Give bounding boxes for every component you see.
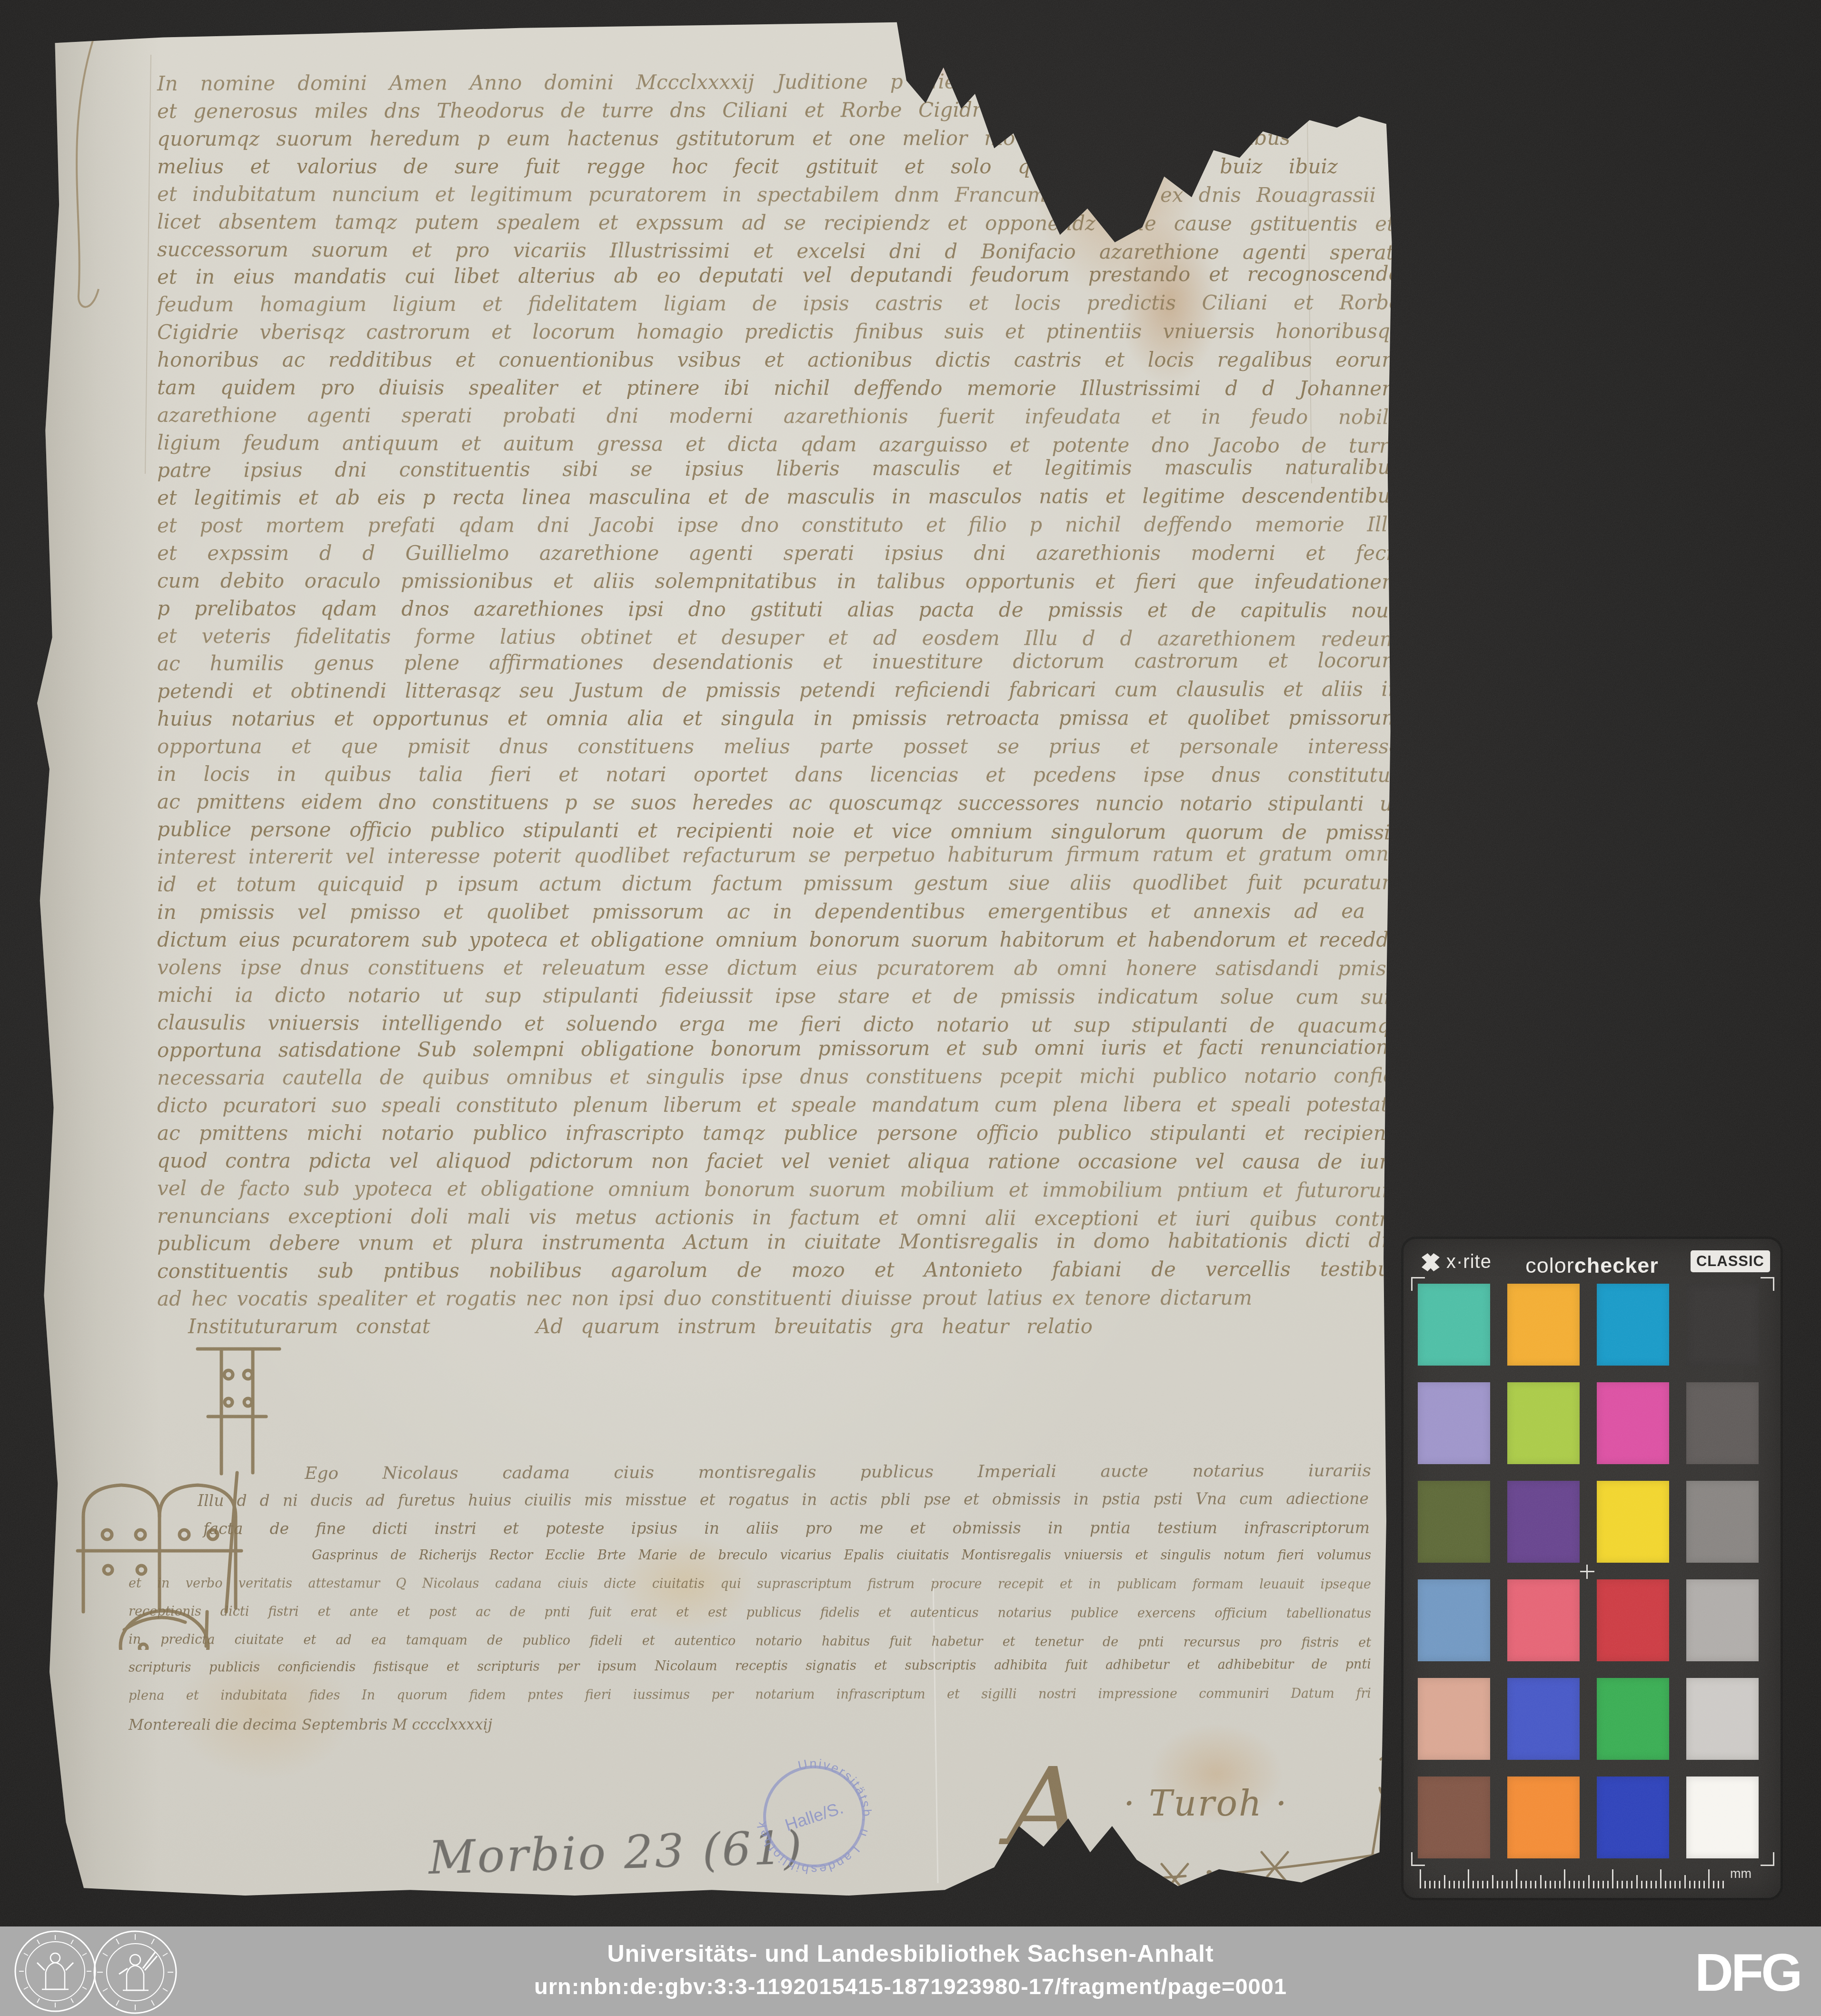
ruler-tick	[1588, 1875, 1590, 1888]
ruler-tick	[1689, 1881, 1691, 1888]
ruler-tick	[1646, 1881, 1647, 1888]
ruler-unit-label: mm	[1730, 1866, 1751, 1881]
ruler-tick	[1516, 1869, 1517, 1888]
color-patch	[1507, 1579, 1580, 1661]
notarial-line: Ego Nicolaus cadama ciuis montisregalis …	[305, 1461, 1371, 1483]
manuscript-line: vel de facto sub ypoteca et obligatione …	[157, 1178, 1401, 1202]
ruler-tick	[1502, 1881, 1503, 1888]
ruler-tick	[1708, 1869, 1710, 1888]
notarial-line: facta de fine dicti instri et poteste ip…	[203, 1519, 1370, 1537]
ruler-tick	[1670, 1881, 1671, 1888]
ruler-tick	[1679, 1881, 1681, 1888]
manuscript-line: et legitimis et ab eis p recta linea mas…	[157, 485, 1401, 509]
ruler-tick	[1578, 1881, 1580, 1888]
ruler-tick	[1626, 1881, 1628, 1888]
ruler-tick	[1535, 1881, 1536, 1888]
ruler-tick	[1420, 1869, 1421, 1888]
manuscript-line: ac pmittens eidem dno constituens p se s…	[157, 791, 1401, 815]
manuscript-line: interest intererit vel interesse poterit…	[157, 843, 1401, 868]
crop-mark-icon	[1411, 1277, 1425, 1291]
color-patch	[1686, 1382, 1759, 1464]
crop-mark-icon	[1411, 1852, 1425, 1866]
dfg-logo: DFG	[1695, 1942, 1800, 2003]
notarial-line: Montereali die decima Septembris M ccccl…	[129, 1717, 628, 1733]
ruler-tick	[1559, 1881, 1561, 1888]
manuscript-line: quod contra pdicta vel aliquod pdictorum…	[157, 1150, 1401, 1173]
ruler-tick	[1718, 1881, 1719, 1888]
color-patch	[1507, 1678, 1580, 1760]
manuscript-line: ac pmittens michi notario publico infras…	[157, 1122, 1401, 1144]
manuscript-line: quorumqz suorum heredum p eum hactenus g…	[157, 127, 1290, 150]
manuscript-line: ac humilis genus plene affirmationes des…	[157, 649, 1401, 675]
color-patch	[1597, 1678, 1669, 1760]
ruler-tick	[1622, 1881, 1623, 1888]
colorchecker-card: x·rite colorchecker CLASSIC mm	[1403, 1239, 1781, 1898]
ruler-tick	[1612, 1869, 1613, 1888]
manuscript-line: Instituturarum constat Ad quarum instrum…	[188, 1316, 1093, 1337]
color-patch	[1418, 1382, 1490, 1464]
ruler-tick	[1593, 1881, 1594, 1888]
color-patch	[1686, 1776, 1759, 1858]
color-patch	[1597, 1284, 1669, 1366]
manuscript-line: In nomine domini Amen Anno domini Mccclx…	[157, 70, 1028, 95]
manuscript-line: opportuna et que pmisit dnus constituens…	[157, 736, 1401, 758]
manuscript-line: feudum homagium ligium et fidelitatem li…	[157, 291, 1401, 316]
manuscript-line: publice persone officio publico stipulan…	[157, 818, 1401, 844]
ruler-tick	[1713, 1881, 1714, 1888]
color-patch	[1507, 1382, 1580, 1464]
notary-signature: A · Turoh ·	[962, 1731, 1419, 1921]
ruler-tick	[1674, 1881, 1676, 1888]
ruler-tick	[1487, 1881, 1488, 1888]
color-patch	[1686, 1481, 1759, 1563]
manuscript-line: et in eius mandatis cui libet alterius a…	[157, 263, 1401, 288]
ruler-tick	[1449, 1881, 1450, 1888]
ruler-tick	[1636, 1875, 1638, 1888]
manuscript-line: huius notarius et opportunus et omnia al…	[157, 707, 1401, 730]
library-name: Universitäts- und Landesbibliothek Sachs…	[0, 1940, 1821, 1967]
ruler-tick	[1602, 1881, 1604, 1888]
crop-mark-icon	[1761, 1277, 1774, 1291]
ruler-tick	[1641, 1881, 1642, 1888]
ruler-tick	[1569, 1881, 1570, 1888]
ruler-tick	[1463, 1881, 1464, 1888]
ruler-tick	[1492, 1875, 1493, 1888]
ruler-tick	[1694, 1881, 1695, 1888]
manuscript-line: successorum suorum et pro vicariis Illus…	[157, 239, 1401, 264]
ruler-tick	[1598, 1881, 1599, 1888]
ruler-tick	[1684, 1875, 1686, 1888]
colorchecker-title-regular: color	[1525, 1253, 1574, 1277]
colorchecker-title-bold: checker	[1574, 1253, 1659, 1277]
ruler-tick	[1525, 1881, 1527, 1888]
library-footer-bar: Universitäts- und Landesbibliothek Sachs…	[0, 1926, 1821, 2016]
ruler-tick	[1458, 1881, 1460, 1888]
signature-flourish	[962, 1731, 1419, 1921]
ruler-tick	[1583, 1881, 1584, 1888]
color-patch	[1686, 1678, 1759, 1760]
notarial-line: Gasprinus de Richerijs Rector Ecclie Brt…	[312, 1548, 1371, 1563]
ruler-tick	[1617, 1881, 1618, 1888]
manuscript-line: et veteris fidelitatis forme latius obti…	[157, 625, 1401, 650]
manuscript-line: et expssim d d Guillielmo azarethione ag…	[157, 542, 1401, 564]
color-patch	[1507, 1284, 1580, 1366]
manuscript-line: petendi et obtinendi litterasqz seu Just…	[157, 678, 1401, 702]
notarial-line: Illu d d ni ducis ad furetus huius ciuil…	[198, 1490, 1369, 1510]
color-patch	[1686, 1579, 1759, 1661]
ruler-tick	[1477, 1881, 1479, 1888]
ruler-tick	[1468, 1869, 1469, 1888]
ruler-tick	[1550, 1881, 1551, 1888]
ruler-tick	[1540, 1875, 1542, 1888]
color-patch	[1686, 1284, 1759, 1366]
color-patch	[1507, 1776, 1580, 1858]
manuscript-line: azarethione agenti sperati probati dni m…	[157, 404, 1401, 429]
manuscript-line: necessaria cautella de quibus omnibus et…	[157, 1065, 1401, 1089]
manuscript-line: opportuna satisdatione Sub solempni obli…	[157, 1036, 1401, 1061]
manuscript-line: publicum debere vnum et plura instrument…	[157, 1229, 1401, 1255]
ruler-tick	[1511, 1881, 1513, 1888]
manuscript-line: clausulis vniuersis intelligendo et solu…	[157, 1012, 1401, 1037]
ruler-tick	[1607, 1881, 1609, 1888]
digitized-manuscript-photo: In nomine domini Amen Anno domini Mccclx…	[0, 0, 1821, 2016]
manuscript-line: renuncians exceptioni doli mali vis metu…	[157, 1205, 1401, 1230]
ruler-tick	[1429, 1881, 1431, 1888]
urn-identifier: urn:nbn:de:gbv:3:3-1192015415-1871923980…	[0, 1973, 1821, 1999]
manuscript-line: in pmissis vel pmisso et quolibet pmisso…	[157, 900, 1401, 923]
classic-badge: CLASSIC	[1691, 1250, 1770, 1272]
notarial-line: plena et indubitata fides In quorum fide…	[129, 1687, 1371, 1703]
manuscript-line: ligium feudum antiquum et auitum gressa …	[157, 432, 1401, 457]
ruler-tick	[1424, 1881, 1426, 1888]
ruler-tick	[1482, 1881, 1483, 1888]
ruler-tick	[1506, 1881, 1508, 1888]
color-patch	[1597, 1382, 1669, 1464]
stamp-center-text: Halle/S.	[783, 1798, 846, 1835]
ruler-tick	[1573, 1881, 1575, 1888]
manuscript-line: dicto pcuratori suo speali constituto pl…	[157, 1094, 1401, 1117]
ruler-tick	[1434, 1881, 1435, 1888]
center-cross-icon	[1580, 1565, 1594, 1579]
ruler-tick	[1545, 1881, 1546, 1888]
ruler-tick	[1665, 1881, 1666, 1888]
manuscript-line: tam quidem pro diuisis spealiter et ptin…	[157, 377, 1401, 399]
color-patch	[1507, 1481, 1580, 1563]
manuscript-line: Cigidrie vberisqz castrorum et locorum h…	[157, 320, 1401, 343]
ruler-tick	[1473, 1881, 1474, 1888]
manuscript-line: licet absentem tamqz putem spealem et ex…	[157, 211, 1395, 235]
manuscript-line: michi ia dicto notario ut sup stipulanti…	[157, 984, 1401, 1008]
color-patch	[1597, 1776, 1669, 1858]
manuscript-line: cum debito oraculo pmissionibus et aliis…	[157, 570, 1401, 593]
color-patch	[1597, 1481, 1669, 1563]
ruler-tick	[1521, 1881, 1522, 1888]
manuscript-line: constituentis sub pntibus nobilibus agar…	[157, 1258, 1401, 1282]
color-patch	[1418, 1284, 1490, 1366]
manuscript-line: et indubitatum nuncium et legitimum pcur…	[157, 183, 1376, 206]
manuscript-line: melius et valorius de sure fuit regge ho…	[157, 156, 1338, 178]
manuscript-line: et post mortem prefati qdam dni Jacobi i…	[157, 514, 1401, 537]
ruler-tick	[1439, 1881, 1440, 1888]
manuscript-line: dictum eius pcuratorem sub ypoteca et ob…	[157, 929, 1401, 951]
ruler-tick	[1703, 1881, 1705, 1888]
mm-ruler: mm	[1420, 1866, 1762, 1891]
notary-sign-drawing	[64, 1345, 359, 1650]
ruler-tick	[1453, 1881, 1455, 1888]
ruler-tick	[1651, 1881, 1652, 1888]
manuscript-line: id et totum quicquid p ipsum actum dictu…	[157, 871, 1401, 896]
ruler-tick	[1699, 1881, 1700, 1888]
ruler-tick	[1444, 1875, 1445, 1888]
ruler-tick	[1554, 1881, 1556, 1888]
ruler-tick	[1660, 1869, 1662, 1888]
ruler-tick	[1655, 1881, 1657, 1888]
parchment-document: In nomine domini Amen Anno domini Mccclx…	[26, 17, 1397, 1897]
ruler-tick	[1722, 1881, 1724, 1888]
ruler-tick	[1564, 1869, 1565, 1888]
color-patch	[1418, 1776, 1490, 1858]
color-patch	[1597, 1579, 1669, 1661]
crop-mark-icon	[1761, 1852, 1774, 1866]
manuscript-line: volens ipse dnus constituens et releuatu…	[157, 957, 1401, 979]
manuscript-line: patre ipsius dni constituentis sibi se i…	[157, 456, 1401, 481]
manuscript-line: in locis in quibus talia fieri et notari…	[157, 763, 1401, 786]
pencil-shelfmark: Morbio 23 (61)	[428, 1821, 805, 1885]
manuscript-line: honoribus ac redditibus et conuentionibu…	[157, 349, 1401, 371]
manuscript-line: p prelibatos qdam dnos azarethiones ipsi…	[157, 598, 1401, 622]
manuscript-line: et generosus miles dns Theodorus de turr…	[157, 99, 1176, 122]
ruler-tick	[1631, 1881, 1632, 1888]
color-patch	[1418, 1481, 1490, 1563]
manuscript-line: ad hec vocatis spealiter et rogatis nec …	[157, 1287, 1252, 1310]
color-patch	[1418, 1678, 1490, 1760]
color-patch	[1418, 1579, 1490, 1661]
ruler-tick	[1530, 1881, 1532, 1888]
ruler-tick	[1497, 1881, 1498, 1888]
